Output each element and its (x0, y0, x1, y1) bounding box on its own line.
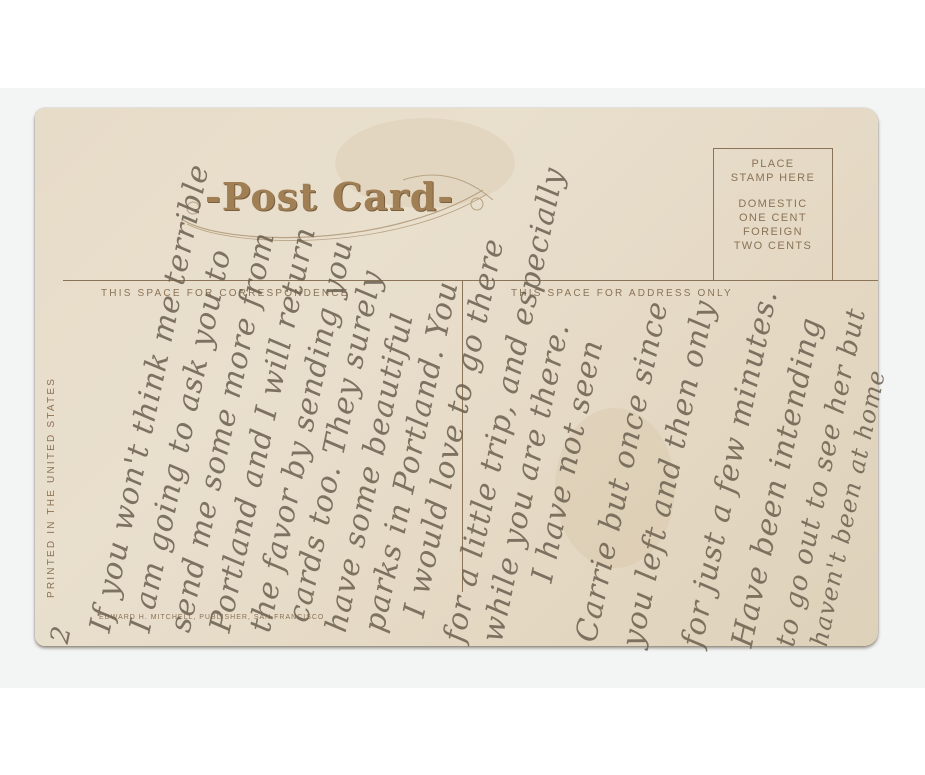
address-label: THIS SPACE FOR ADDRESS ONLY (511, 288, 733, 299)
stamp-line: DOMESTIC (714, 197, 832, 211)
horizontal-divider (63, 280, 878, 281)
stamp-line: FOREIGN (714, 225, 832, 239)
publisher-label: EDWARD H. MITCHELL, PUBLISHER, SAN FRANC… (99, 614, 324, 621)
correspondence-label: THIS SPACE FOR CORRESPONDENCE (101, 288, 350, 299)
paper-stain (555, 408, 675, 568)
vertical-divider (462, 280, 463, 592)
printed-in-us-label: PRINTED IN THE UNITED STATES (46, 377, 57, 598)
handwriting-line: for just a few minutes. (675, 286, 785, 650)
post-card-logo: -Post Card- (163, 160, 503, 250)
logo-text: -Post Card- (205, 174, 454, 219)
handwriting-line: cards too. They surely (281, 267, 390, 625)
handwriting-line: have some beautiful (319, 310, 421, 636)
handwriting-line: to go out to see her but (770, 305, 872, 649)
handwriting-line: parks in Portland. You (357, 278, 466, 636)
page-number: 2 (45, 623, 78, 646)
handwriting-line: I am going to ask you to (123, 246, 238, 636)
stamp-line: STAMP HERE (714, 171, 832, 185)
handwriting-line: Portland and I will return (203, 224, 323, 636)
handwriting-line: Have been intending (725, 314, 829, 650)
stamp-line: ONE CENT (714, 211, 832, 225)
stamp-line: PLACE (714, 157, 832, 171)
postcard: -Post Card- PLACE STAMP HERE DOMESTIC ON… (35, 108, 878, 646)
handwriting-line: I would love to go there (397, 235, 512, 620)
stamp-box: PLACE STAMP HERE DOMESTIC ONE CENT FOREI… (713, 148, 833, 280)
stamp-line: TWO CENTS (714, 239, 832, 253)
